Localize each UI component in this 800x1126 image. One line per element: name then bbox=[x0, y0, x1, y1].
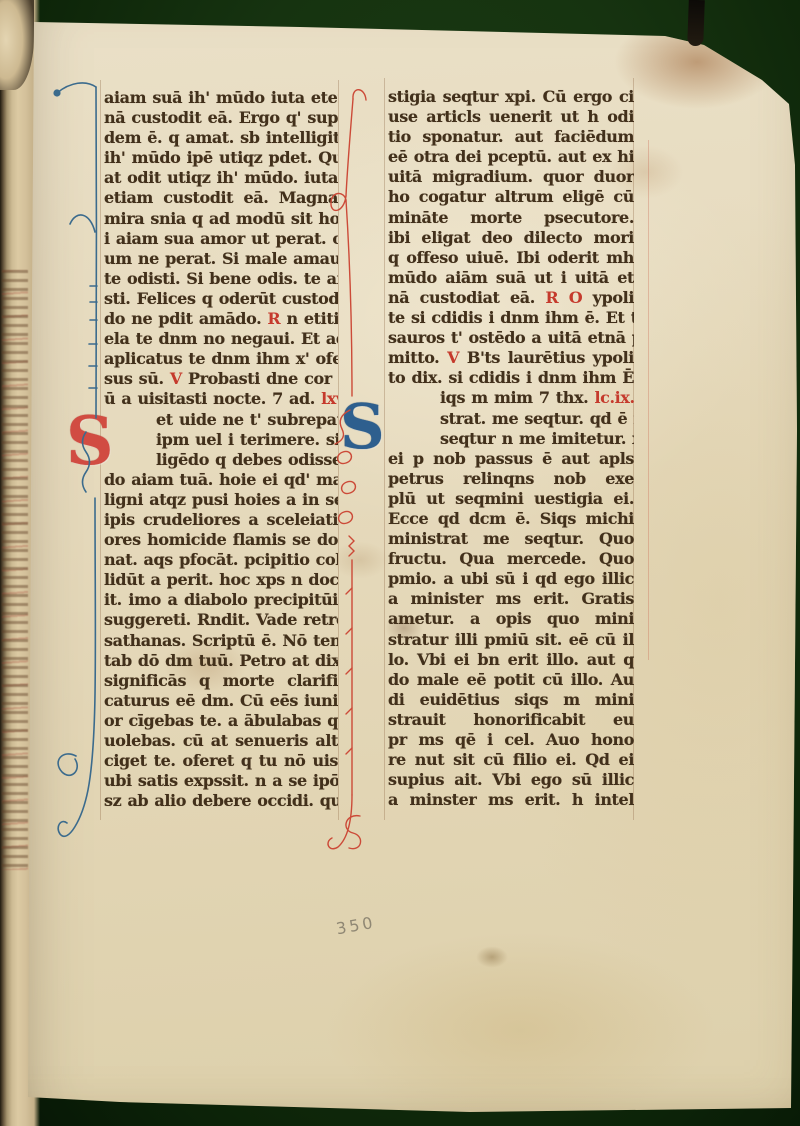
text-line: strauit honorificabit eu bbox=[388, 710, 634, 730]
text-column-left: aiam suā ih' mūdo iuta eternā custodit e… bbox=[104, 88, 338, 811]
rubric-text: R bbox=[267, 309, 280, 328]
text-line: or cīgebas te. a ābulabas q bbox=[104, 711, 338, 731]
text-line: it. imo a diabolo precipitūi bbox=[104, 590, 338, 610]
text-line: ores homicide flamis se do bbox=[104, 530, 338, 550]
text-line: q offeso uiuē. Ibi oderit mh bbox=[388, 248, 634, 268]
rubric-text: V bbox=[170, 369, 182, 388]
text-line: plū ut seqmini uestigia ei. bbox=[388, 489, 634, 509]
text-line: ibi eligat deo dilecto mori bbox=[388, 228, 634, 248]
text-line: seqtur n me imitetur. xps bbox=[388, 429, 634, 449]
text-line: sz ab alio debere occidi. que bbox=[104, 791, 338, 811]
text-line: sauros t' ostēdo a uitā etnā pro bbox=[388, 328, 634, 348]
rubric-text: R O bbox=[545, 288, 582, 307]
text-line: ametur. a opis quo mini bbox=[388, 609, 634, 629]
rubric-text: V bbox=[447, 348, 459, 367]
text-line: ū a uisitasti nocte. 7 ad. lxviij. bbox=[104, 389, 338, 409]
text-line: mira snia q ad modū sit hoi bbox=[104, 209, 338, 229]
text-line: ipis crudeliores a sceleiati bbox=[104, 510, 338, 530]
text-line: to dix. si cdidis i dnm ihm Ē bbox=[388, 368, 634, 388]
text-line: ligni atqz pusi hoies a in se bbox=[104, 490, 338, 510]
folio-number-pencil: 350 bbox=[335, 913, 377, 939]
text-line: iqs m mim 7 thx. lc.ix. bbox=[388, 388, 634, 408]
text-line: mūdo aiām suā ut i uitā et bbox=[388, 268, 634, 288]
text-column-right: stigia seqtur xpi. Cū ergo ciuse articls… bbox=[388, 87, 634, 810]
text-line: lo. Vbi ei bn erit illo. aut q bbox=[388, 650, 634, 670]
text-line: suggereti. Rndit. Vade retro bbox=[104, 610, 338, 630]
text-line: ligēdo q debes odisse ih' mū bbox=[104, 450, 338, 470]
text-line: petrus relinqns nob exe bbox=[388, 469, 634, 489]
text-line: mitto. V B'ts laurētius ypoli bbox=[388, 348, 634, 368]
text-line: caturus eē dm. Cū eēs iuni bbox=[104, 691, 338, 711]
text-line: at odit utiqz ih' mūdo. iuta bbox=[104, 168, 338, 188]
text-line: re nut sit cū filio ei. Qd ei bbox=[388, 750, 634, 770]
text-line: sti. Felices q oderūt custodie bbox=[104, 289, 338, 309]
text-line: te si cdidis i dnm ihm ē. Et the bbox=[388, 308, 634, 328]
text-line: strat. me seqtur. qd ē me bbox=[388, 409, 634, 429]
text-line: fructu. Qua mercede. Quo bbox=[388, 549, 634, 569]
text-line: ho cogatur altrum eligē cū bbox=[388, 187, 634, 207]
text-line: nat. aqs pfocāt. pcipitio col bbox=[104, 550, 338, 570]
text-line: ela te dnm no negaui. Et ad ignī bbox=[104, 329, 338, 349]
text-line: pmio. a ubi sū i qd ego illic bbox=[388, 569, 634, 589]
text-line: mināte morte psecutore. bbox=[388, 208, 634, 228]
text-line: te odisti. Si bene odis. te ama bbox=[104, 269, 338, 289]
text-line: lidūt a perit. hoc xps n docu bbox=[104, 570, 338, 590]
text-line: stigia seqtur xpi. Cū ergo ci bbox=[388, 87, 634, 107]
text-line: do ne pdit amādo. R n etiti bbox=[104, 309, 338, 329]
text-line: significās q morte clarifi bbox=[104, 671, 338, 691]
text-line: ei p nob passus ē aut apls bbox=[388, 449, 634, 469]
manuscript-photo: { "page": { "folio_number": "350", "back… bbox=[0, 0, 800, 1126]
text-line: use articls uenerit ut h odi bbox=[388, 107, 634, 127]
gutter-top-curve bbox=[0, 0, 34, 90]
text-line: a minister ms erit. Gratis bbox=[388, 589, 634, 609]
manuscript-page: aiam suā ih' mūdo iuta eternā custodit e… bbox=[0, 0, 800, 1126]
text-line: do aiam tuā. hoie ei qd' ma bbox=[104, 470, 338, 490]
text-line: etiam custodit eā. Magna bbox=[104, 188, 338, 208]
text-line: nā custodit eā. Ergo q' sup bbox=[104, 108, 338, 128]
text-line: stratur illi pmiū sit. eē cū il bbox=[388, 630, 634, 650]
text-line: i aiam sua amor ut perat. odi bbox=[104, 229, 338, 249]
text-line: di euidētius siqs m mini bbox=[388, 690, 634, 710]
text-line: ubi satis expssit. n a se ipō. bbox=[104, 771, 338, 791]
decorated-initial-left: S bbox=[66, 408, 114, 474]
text-line: ministrat me seqtur. Quo bbox=[388, 529, 634, 549]
text-line: supius ait. Vbi ego sū illic bbox=[388, 770, 634, 790]
text-line: aiam suā ih' mūdo iuta eter bbox=[104, 88, 338, 108]
ruling-line bbox=[338, 80, 339, 820]
text-line: ipm uel i terimere. sic itl bbox=[104, 430, 338, 450]
text-line: dem ē. q amat. sb intelligit bbox=[104, 128, 338, 148]
text-line: eē otra dei pceptū. aut ex hic bbox=[388, 147, 634, 167]
decorated-initial-right: S bbox=[340, 396, 385, 458]
text-line: a minster ms erit. h intel bbox=[388, 790, 634, 810]
ruling-line-red bbox=[648, 140, 649, 660]
text-line: aplicatus te dnm ihm x' ofes bbox=[104, 349, 338, 369]
text-line: pr ms qē i cel. Auo hono bbox=[388, 730, 634, 750]
text-line: uolebas. cū at senueris alt bbox=[104, 731, 338, 751]
text-line: tio sponatur. aut faciēdum bbox=[388, 127, 634, 147]
text-line: uitā migradium. quor duor bbox=[388, 167, 634, 187]
bookmark-cord bbox=[687, 0, 705, 46]
text-line: et uide ne t' subrepat ū te bbox=[104, 410, 338, 430]
text-line: um ne perat. Si male amauis bbox=[104, 249, 338, 269]
rubric-text: lc.ix. bbox=[594, 388, 634, 407]
text-line: tab dō dm tuū. Petro at dix bbox=[104, 651, 338, 671]
text-line: Ecce qd dcm ē. Siqs michi bbox=[388, 509, 634, 529]
text-line: nā custodiat eā. R O ypoli bbox=[388, 288, 634, 308]
text-line: ciget te. oferet q tu nō uis bbox=[104, 751, 338, 771]
previous-page-text-fragments bbox=[2, 270, 28, 870]
text-line: ih' mūdo ipē utiqz pdet. Qui bbox=[104, 148, 338, 168]
text-line: sus sū. V Probasti dne cor me bbox=[104, 369, 338, 389]
text-line: sathanas. Scriptū ē. Nō ten bbox=[104, 631, 338, 651]
rubric-text: lxviij. bbox=[321, 389, 338, 408]
text-line: do male eē potit cū illo. Au bbox=[388, 670, 634, 690]
